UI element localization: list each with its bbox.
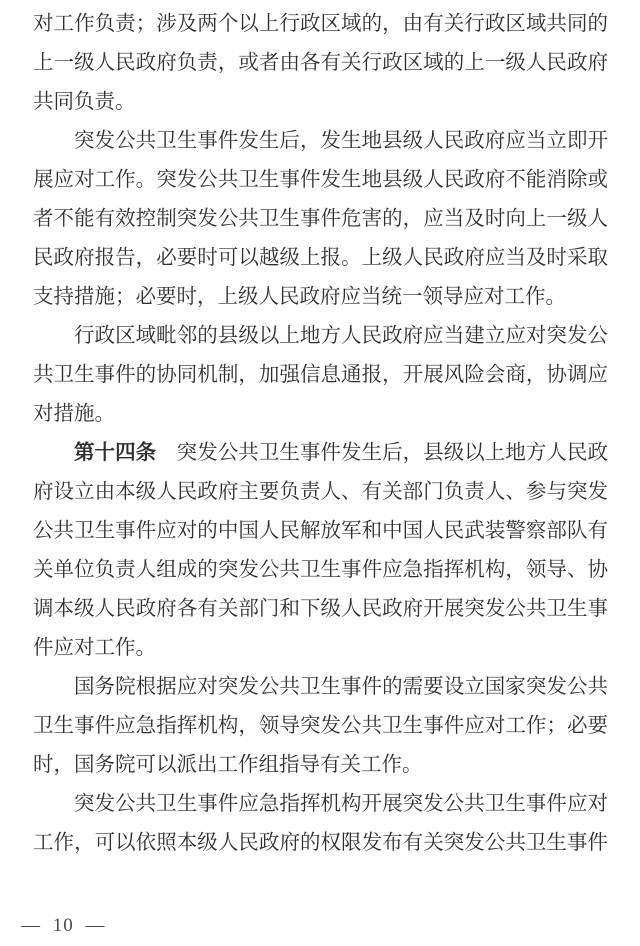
paragraph-text: 突发公共卫生事件应急指挥机构开展突发公共卫生事件应对工作，可以依照本级人民政府的… (33, 793, 608, 854)
paragraph: 突发公共卫生事件发生后，发生地县级人民政府应当立即开展应对工作。突发公共卫生事件… (33, 122, 608, 317)
article-paragraph: 第十四条突发公共卫生事件发生后，县级以上地方人民政府设立由本级人民政府主要负责人… (33, 434, 608, 668)
paragraph-text: 国务院根据应对突发公共卫生事件的需要设立国家突发公共卫生事件应急指挥机构，领导突… (33, 676, 608, 776)
paragraph-text: 突发公共卫生事件发生后，县级以上地方人民政府设立由本级人民政府主要负责人、有关部… (33, 442, 608, 659)
paragraph-text: 突发公共卫生事件发生后，发生地县级人民政府应当立即开展应对工作。突发公共卫生事件… (33, 130, 608, 308)
paragraph-text: 对工作负责；涉及两个以上行政区域的，由有关行政区域共同的上一级人民政府负责，或者… (33, 13, 608, 113)
document-page-body: 对工作负责；涉及两个以上行政区域的，由有关行政区域共同的上一级人民政府负责，或者… (0, 0, 640, 863)
paragraph: 国务院根据应对突发公共卫生事件的需要设立国家突发公共卫生事件应急指挥机构，领导突… (33, 668, 608, 785)
article-number: 第十四条 (74, 442, 156, 464)
paragraph-text: 行政区域毗邻的县级以上地方人民政府应当建立应对突发公共卫生事件的协同机制，加强信… (33, 325, 608, 425)
paragraph: 行政区域毗邻的县级以上地方人民政府应当建立应对突发公共卫生事件的协同机制，加强信… (33, 317, 608, 434)
paragraph: 突发公共卫生事件应急指挥机构开展突发公共卫生事件应对工作，可以依照本级人民政府的… (33, 785, 608, 863)
page-number: — 10 — (21, 915, 106, 937)
paragraph: 对工作负责；涉及两个以上行政区域的，由有关行政区域共同的上一级人民政府负责，或者… (33, 5, 608, 122)
